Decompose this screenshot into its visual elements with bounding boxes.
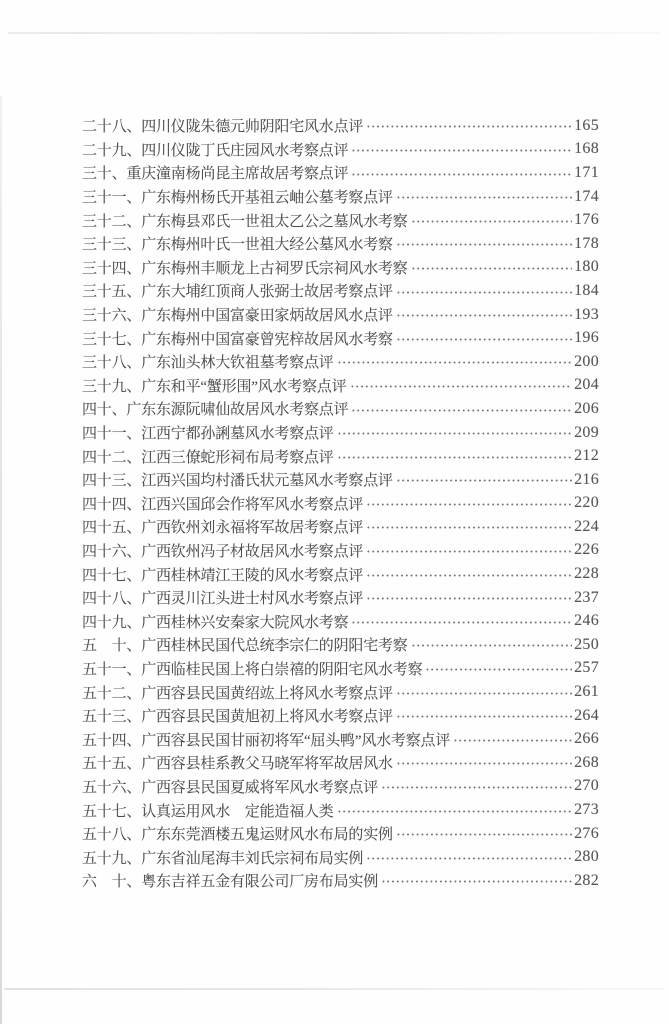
toc-entry-page: 209 <box>573 424 599 442</box>
toc-entry: 三十九、广东和平“蟹形围”风水考察点评 204 <box>82 374 599 398</box>
toc-entry: 五十四、广西容县民国甘丽初将军“屈头鸭”风水考察点评 266 <box>82 727 599 751</box>
dot-leader <box>396 680 572 704</box>
toc-entry-page: 165 <box>573 117 599 135</box>
dot-leader <box>381 869 572 893</box>
toc-entry: 四十四、江西兴国邱会作将军风水考察点评 220 <box>82 492 599 516</box>
toc-entry-page: 276 <box>573 825 599 843</box>
toc-entry: 四十九、广西桂林兴安秦家大院风水考察 246 <box>82 609 599 633</box>
dot-leader <box>351 609 572 633</box>
dot-leader <box>396 303 572 327</box>
toc-entry: 三十四、广东梅州丰顺龙上古祠罗氏宗祠风水考察 180 <box>82 256 599 280</box>
dot-leader <box>337 421 572 445</box>
dot-leader <box>366 845 572 869</box>
toc-entry-title: 四十三、江西兴国均村潘氏状元墓风水考察点评 <box>82 469 393 490</box>
toc-entry: 三十三、广东梅州叶氏一世祖大经公墓风水考察 178 <box>82 232 599 256</box>
toc-entry-title: 四十一、江西宁都孙誗墓风水考察点评 <box>82 422 334 443</box>
dot-leader <box>411 208 572 232</box>
toc-entry-page: 178 <box>573 235 599 253</box>
toc-entry-title: 二十八、四川仪陇朱德元帅阴阳宅风水点评 <box>82 115 363 136</box>
dot-leader <box>366 539 572 563</box>
toc-entry-title: 四十二、江西三僚蛇形祠布局考察点评 <box>82 446 334 467</box>
toc-entry: 五十八、广东东莞酒楼五鬼运财风水布局的实例 276 <box>82 822 599 846</box>
toc-entry-title: 五十九、广东省汕尾海丰刘氏宗祠布局实例 <box>82 847 363 868</box>
dot-leader <box>425 657 572 681</box>
toc-entry: 五十六、广西容县民国夏威将军风水考察点评 270 <box>82 775 599 799</box>
toc-entry-page: 184 <box>573 282 599 300</box>
dot-leader <box>453 727 572 751</box>
toc-entry-title: 三十四、广东梅州丰顺龙上古祠罗氏宗祠风水考察 <box>82 257 408 278</box>
dot-leader <box>396 326 572 350</box>
dot-leader <box>366 114 572 138</box>
toc-entry-page: 196 <box>573 329 599 347</box>
dot-leader <box>396 232 572 256</box>
toc-entry-title: 三十二、广东梅县邓氏一世祖太乙公之墓风水考察 <box>82 210 408 231</box>
toc-entry: 四十六、广西钦州冯子材故居风水考察点评 226 <box>82 539 599 563</box>
toc-entry-page: 237 <box>573 589 599 607</box>
toc-entry: 二十八、四川仪陇朱德元帅阴阳宅风水点评 165 <box>82 114 599 138</box>
toc-entry: 五十一、广西临桂民国上将白崇禧的阴阳宅风水考察 257 <box>82 657 599 681</box>
toc-entry-title: 五十一、广西临桂民国上将白崇禧的阴阳宅风水考察 <box>82 658 422 679</box>
toc-entry-title: 二十九、四川仪陇丁氏庄园风水考察点评 <box>82 139 348 160</box>
toc-entry-page: 270 <box>573 777 599 795</box>
dot-leader <box>351 138 572 162</box>
toc-entry-title: 三十三、广东梅州叶氏一世祖大经公墓风水考察 <box>82 233 393 254</box>
toc-entry: 四十三、江西兴国均村潘氏状元墓风水考察点评 216 <box>82 468 599 492</box>
dot-leader <box>366 515 572 539</box>
toc-entry-page: 226 <box>573 541 599 559</box>
toc-entry-page: 216 <box>573 471 599 489</box>
dot-leader <box>350 374 572 398</box>
toc-entry: 四十八、广西灵川江头进士村风水考察点评 237 <box>82 586 599 610</box>
dot-leader <box>366 492 572 516</box>
page-bottom-edge <box>4 988 664 990</box>
toc-entry: 四十、广东东源阮啸仙故居风水考察点评 206 <box>82 397 599 421</box>
toc-entry-title: 五十七、认真运用风水 定能造福人类 <box>82 800 334 821</box>
toc-entry: 五十二、广西容县民国黄绍竑上将风水考察点评 261 <box>82 680 599 704</box>
dot-leader <box>366 586 572 610</box>
toc-entry-page: 212 <box>573 447 599 465</box>
toc-entry-page: 204 <box>573 376 599 394</box>
toc-entry-title: 五 十、广西桂林民国代总统李宗仁的阴阳宅考察 <box>82 634 408 655</box>
toc-entry-page: 266 <box>573 730 599 748</box>
toc-entry-title: 四十四、江西兴国邱会作将军风水考察点评 <box>82 493 363 514</box>
toc-entry-page: 168 <box>573 140 599 158</box>
toc-entry-title: 三十六、广东梅州中国富豪田家炳故居风水点评 <box>82 304 393 325</box>
toc-entry-title: 六 十、粤东吉祥五金有限公司厂房布局实例 <box>82 870 378 891</box>
toc-entry-title: 五十五、广西容县桂系教父马晓军将军故居风水 <box>82 752 393 773</box>
toc-entry-page: 261 <box>573 683 599 701</box>
dot-leader <box>396 751 572 775</box>
toc-entry-page: 180 <box>573 258 599 276</box>
toc-entry-page: 220 <box>573 494 599 512</box>
toc-entry-page: 273 <box>573 801 599 819</box>
toc-entry-page: 224 <box>573 518 599 536</box>
toc-entry: 五十三、广西容县民国黄旭初上将风水考察点评 264 <box>82 704 599 728</box>
toc-entry: 三十一、广东梅州杨氏开基祖云岫公墓考察点评 174 <box>82 185 599 209</box>
toc-entry-page: 268 <box>573 754 599 772</box>
toc-entry-page: 206 <box>573 400 599 418</box>
dot-leader <box>366 562 572 586</box>
toc-entry-title: 五十八、广东东莞酒楼五鬼运财风水布局的实例 <box>82 823 393 844</box>
dot-leader <box>396 704 572 728</box>
toc-entry: 三十八、广东汕头林大钦祖墓考察点评 200 <box>82 350 599 374</box>
dot-leader <box>337 350 572 374</box>
toc-entry-page: 264 <box>573 707 599 725</box>
toc-entry-title: 三十、重庆潼南杨尚昆主席故居考察点评 <box>82 162 348 183</box>
toc-entry-page: 282 <box>573 872 599 890</box>
toc-entry: 三十六、广东梅州中国富豪田家炳故居风水点评 193 <box>82 303 599 327</box>
toc-entry-title: 四十九、广西桂林兴安秦家大院风水考察 <box>82 611 348 632</box>
toc-entry-page: 257 <box>573 659 599 677</box>
toc-entry: 五十七、认真运用风水 定能造福人类 273 <box>82 798 599 822</box>
toc-entry-title: 三十九、广东和平“蟹形围”风水考察点评 <box>82 375 347 396</box>
toc-entry-page: 174 <box>573 188 599 206</box>
dot-leader <box>396 185 572 209</box>
toc-entry-page: 171 <box>573 164 599 182</box>
toc-entry-page: 246 <box>573 612 599 630</box>
toc-entry: 三十、重庆潼南杨尚昆主席故居考察点评 171 <box>82 161 599 185</box>
dot-leader <box>396 279 572 303</box>
table-of-contents: 二十八、四川仪陇朱德元帅阴阳宅风水点评 165 二十九、四川仪陇丁氏庄园风水考察… <box>82 114 599 893</box>
dot-leader <box>396 468 572 492</box>
toc-entry: 三十七、广东梅州中国富豪曾宪梓故居风水考察 196 <box>82 326 599 350</box>
scanned-book-page: 二十八、四川仪陇朱德元帅阴阳宅风水点评 165 二十九、四川仪陇丁氏庄园风水考察… <box>0 0 669 1024</box>
toc-entry: 六 十、粤东吉祥五金有限公司厂房布局实例 282 <box>82 869 599 893</box>
toc-entry-title: 三十五、广东大埔红顶商人张弼士故居考察点评 <box>82 280 393 301</box>
dot-leader <box>381 775 572 799</box>
toc-entry-page: 200 <box>573 353 599 371</box>
toc-entry-title: 五十四、广西容县民国甘丽初将军“屈头鸭”风水考察点评 <box>82 729 450 750</box>
dot-leader <box>351 397 572 421</box>
toc-entry-title: 五十三、广西容县民国黄旭初上将风水考察点评 <box>82 705 393 726</box>
dot-leader <box>411 256 572 280</box>
toc-entry-title: 四十六、广西钦州冯子材故居风水考察点评 <box>82 540 363 561</box>
toc-entry-title: 四十五、广西钦州刘永福将军故居考察点评 <box>82 516 363 537</box>
page-left-edge <box>0 96 2 1024</box>
dot-leader <box>337 798 572 822</box>
toc-entry-page: 176 <box>573 211 599 229</box>
toc-entry: 三十五、广东大埔红顶商人张弼士故居考察点评 184 <box>82 279 599 303</box>
toc-entry-page: 250 <box>573 636 599 654</box>
toc-entry: 四十五、广西钦州刘永福将军故居考察点评 224 <box>82 515 599 539</box>
toc-entry-title: 三十八、广东汕头林大钦祖墓考察点评 <box>82 351 334 372</box>
dot-leader <box>337 444 572 468</box>
toc-entry-title: 五十六、广西容县民国夏威将军风水考察点评 <box>82 776 378 797</box>
toc-entry: 四十七、广西桂林靖江王陵的风水考察点评 228 <box>82 562 599 586</box>
toc-entry: 三十二、广东梅县邓氏一世祖太乙公之墓风水考察 176 <box>82 208 599 232</box>
toc-entry: 四十一、江西宁都孙誗墓风水考察点评 209 <box>82 421 599 445</box>
toc-entry-page: 193 <box>573 306 599 324</box>
toc-entry-title: 四十七、广西桂林靖江王陵的风水考察点评 <box>82 564 363 585</box>
scan-smudge-top <box>8 32 660 34</box>
toc-entry-page: 228 <box>573 565 599 583</box>
toc-entry-title: 四十八、广西灵川江头进士村风水考察点评 <box>82 587 363 608</box>
toc-entry-title: 四十、广东东源阮啸仙故居风水考察点评 <box>82 398 348 419</box>
toc-entry-page: 280 <box>573 848 599 866</box>
dot-leader <box>351 161 572 185</box>
toc-entry: 五 十、广西桂林民国代总统李宗仁的阴阳宅考察 250 <box>82 633 599 657</box>
toc-entry: 五十五、广西容县桂系教父马晓军将军故居风水 268 <box>82 751 599 775</box>
dot-leader <box>411 633 572 657</box>
toc-entry: 四十二、江西三僚蛇形祠布局考察点评 212 <box>82 444 599 468</box>
dot-leader <box>396 822 572 846</box>
toc-entry: 五十九、广东省汕尾海丰刘氏宗祠布局实例 280 <box>82 845 599 869</box>
toc-entry-title: 三十七、广东梅州中国富豪曾宪梓故居风水考察 <box>82 328 393 349</box>
toc-entry-title: 五十二、广西容县民国黄绍竑上将风水考察点评 <box>82 682 393 703</box>
toc-entry: 二十九、四川仪陇丁氏庄园风水考察点评 168 <box>82 138 599 162</box>
toc-entry-title: 三十一、广东梅州杨氏开基祖云岫公墓考察点评 <box>82 186 393 207</box>
